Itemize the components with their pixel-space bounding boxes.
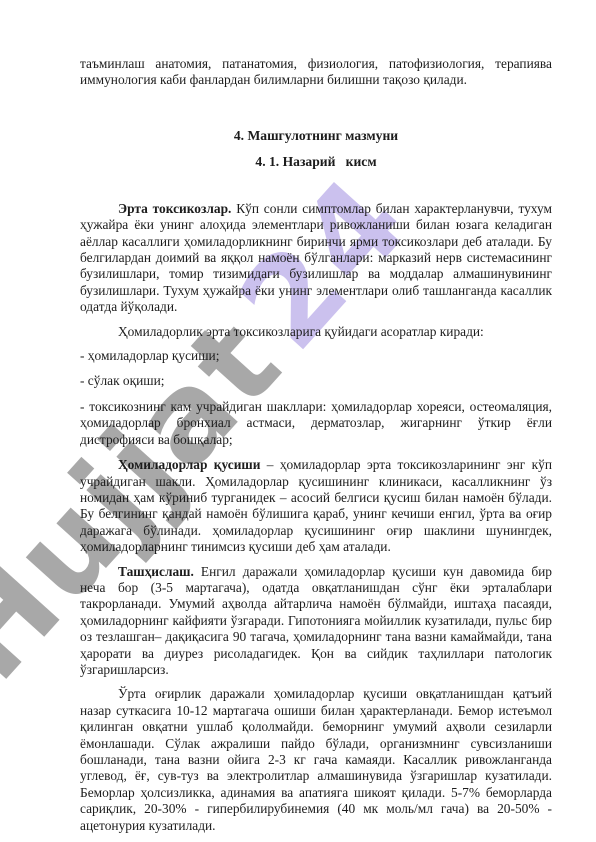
document-body: таъминлаш анатомия, патанатомия, физиоло… bbox=[80, 56, 552, 842]
paragraph-early-toxicosis-lead: Эрта токсикозлар. bbox=[118, 201, 231, 216]
list-item-vomiting: - ҳомиладорлар қусиши; bbox=[80, 348, 552, 364]
paragraph-pregnant-vomiting-lead: Ҳомиладорлар қусиши bbox=[118, 457, 260, 472]
intro-paragraph: таъминлаш анатомия, патанатомия, физиоло… bbox=[80, 56, 552, 89]
paragraph-moderate-severity: Ўрта оғирлик даражали ҳомиладорлар қусиш… bbox=[80, 686, 552, 834]
section-heading: 4. Машгулотнинг мазмуни bbox=[80, 123, 552, 149]
paragraph-moderate-severity-text: Ўрта оғирлик даражали ҳомиладорлар қусиш… bbox=[80, 686, 552, 832]
paragraph-diagnosis: Ташҳислаш. Енгил даражали ҳомиладорлар қ… bbox=[80, 564, 552, 679]
intro-paragraph-text: таъминлаш анатомия, патанатомия, физиоло… bbox=[80, 56, 552, 87]
list-item-rare-forms: - токсикознинг кам учрайдиган шакллари: … bbox=[80, 399, 552, 448]
section-headings: 4. Машгулотнинг мазмуни 4. 1. Назарий ки… bbox=[80, 123, 552, 175]
paragraph-pregnant-vomiting: Ҳомиладорлар қусиши – ҳомиладорлар эрта … bbox=[80, 457, 552, 555]
list-item-salivation: - сўлак оқиши; bbox=[80, 373, 552, 389]
paragraph-complications-intro: Ҳомиладорлик эрта токсикозларига қуйидаг… bbox=[80, 324, 552, 340]
paragraph-complications-intro-text: Ҳомиладорлик эрта токсикозларига қуйидаг… bbox=[118, 324, 484, 339]
paragraph-diagnosis-text: Енгил даражали ҳомиладорлар қусиши кун д… bbox=[80, 564, 552, 677]
paragraph-early-toxicosis-text: Кўп сонли симптомлар билан характерланув… bbox=[80, 201, 552, 314]
subsection-heading: 4. 1. Назарий кисм bbox=[80, 149, 552, 175]
list-item-vomiting-text: - ҳомиладорлар қусиши; bbox=[80, 348, 219, 363]
list-item-salivation-text: - сўлак оқиши; bbox=[80, 373, 165, 388]
list-item-rare-forms-text: - токсикознинг кам учрайдиган шакллари: … bbox=[80, 399, 552, 447]
paragraph-diagnosis-lead: Ташҳислаш. bbox=[118, 564, 194, 579]
paragraph-early-toxicosis: Эрта токсикозлар. Кўп сонли симптомлар б… bbox=[80, 201, 552, 316]
document-page: Hujjat24 таъминлаш анатомия, патанатомия… bbox=[0, 0, 596, 842]
